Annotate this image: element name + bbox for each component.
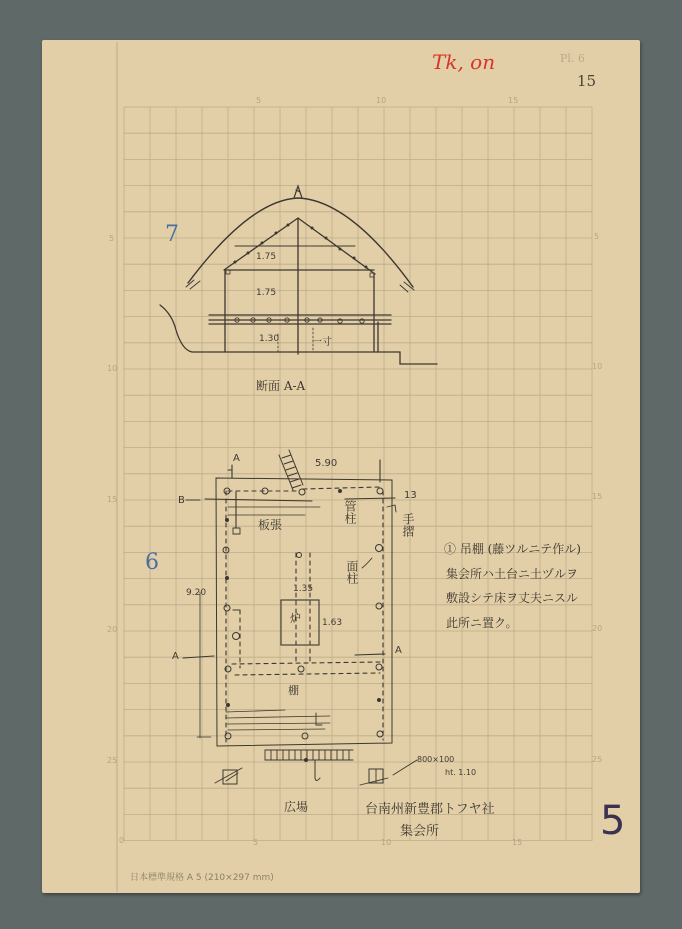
section-dim-upper: 1.75 (256, 252, 276, 262)
section-marker-a-left: A (172, 651, 179, 662)
page-number: 15 (577, 72, 596, 90)
note-line-2: 集会所ハ土台ニ土ヅルヲ (446, 565, 578, 582)
label-hearth: 炉 (290, 610, 301, 626)
label-floorboards: 板張 (258, 516, 282, 533)
label-shelf: 棚 (288, 682, 299, 698)
post-size-annotation: 800×100 (417, 755, 454, 764)
tick-bottom-10: 10 (381, 838, 391, 847)
tick-left-5: 5 (109, 234, 114, 243)
tick-right-5: 5 (594, 232, 599, 241)
label-handrail: 手摺 (400, 513, 417, 537)
section-marker-b-left: B (178, 495, 185, 506)
drawing-canvas (0, 0, 682, 929)
section-marker-a-top: A (233, 453, 240, 464)
plan-width-dim: 5.90 (315, 458, 337, 469)
section-title: 断面 A-A (256, 377, 305, 394)
section-label-inch: 一寸 (312, 333, 332, 348)
section-marker-a-right: A (395, 645, 402, 656)
note-line-4: 此所ニ置ク。 (446, 614, 518, 631)
caption-line-1: 台南州新豊郡トフヤ社 (365, 798, 495, 817)
tick-top-10: 10 (376, 96, 386, 105)
red-annotation: Tk, on (432, 50, 495, 74)
tick-bottom-0: 0 (119, 836, 124, 845)
note-line-1: ① 吊棚 (藤ツルニテ作ル) (444, 540, 581, 557)
tick-right-20: 20 (592, 624, 602, 633)
section-drawing (160, 186, 437, 364)
caption-line-2: 集会所 (400, 820, 439, 839)
plan-inner-dim-2: 1.63 (322, 618, 342, 628)
note-line-3: 敷設シテ床ヲ丈夫ニスル (446, 589, 578, 606)
plan-mark-13: 13 (404, 490, 417, 501)
tick-right-10: 10 (592, 362, 602, 371)
tick-top-5: 5 (256, 96, 261, 105)
tick-left-15: 15 (107, 495, 117, 504)
tick-left-20: 20 (107, 625, 117, 634)
tick-right-25: 25 (592, 755, 602, 764)
label-pipe-post: 管柱 (342, 500, 359, 524)
tick-bottom-5: 5 (253, 838, 258, 847)
paper-spec-footer: 日本標準規格 A 5 (210×297 mm) (130, 870, 274, 883)
tick-right-15: 15 (592, 492, 602, 501)
tick-top-15: 15 (508, 96, 518, 105)
section-dim-middle: 1.75 (256, 288, 276, 298)
section-dim-lower: 1.30 (259, 334, 279, 344)
tick-bottom-15: 15 (512, 838, 522, 847)
plan-depth-dim: 9.20 (186, 588, 206, 598)
label-corner-post: 面柱 (344, 560, 361, 584)
plan-inner-dim-1: 1.35 (293, 584, 313, 594)
blue-number-upper: 7 (165, 222, 179, 247)
sheet-number: 5 (600, 798, 625, 844)
tick-left-10: 10 (107, 364, 117, 373)
blue-number-lower: 6 (145, 550, 159, 575)
plate-label: Pl. 6 (560, 52, 585, 65)
caption-plaza: 広場 (284, 798, 308, 815)
tick-left-25: 25 (107, 756, 117, 765)
post-height-annotation: ht. 1.10 (445, 768, 476, 777)
grid (117, 42, 592, 892)
